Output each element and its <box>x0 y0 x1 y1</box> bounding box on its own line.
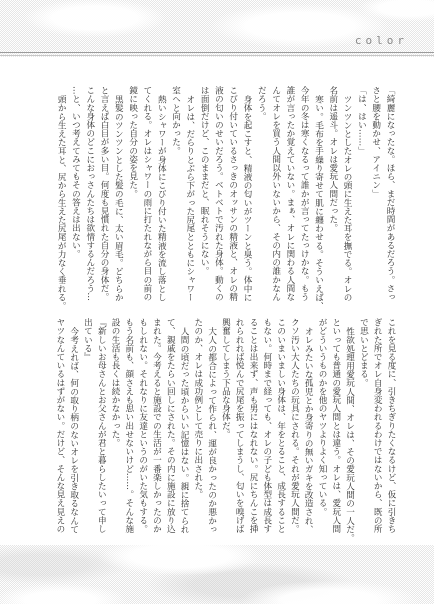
text-line: 大人の都合によって作られ、運が良かったのか悪かっ <box>204 318 218 538</box>
text-line: オレみたいな孤児とか身寄りの無いガキを改造され、 <box>300 318 314 538</box>
text-line: 設の生活も長くは続かなかった。 <box>107 318 121 538</box>
text-line: ヤツなんているはずがない。だけど、そんな見え見えの <box>52 318 66 538</box>
text-line: がどういうものかを他のヤツよりよく知っている。 <box>314 318 328 538</box>
text-block-bottom: これを見る度に、引きちぎりたくなるけど、仮に引きちぎれた所でオレ自身変われるわけ… <box>52 318 397 538</box>
text-line: 人間の頃だった頃からいい記憶はない。親に捨てられ <box>176 318 190 538</box>
text-line: 「は、はい……」 <box>354 86 368 302</box>
text-line: まれた。今考えると施設での生活が一番楽しかったのか <box>149 318 163 538</box>
text-line: で思いとどまる。 <box>356 318 370 538</box>
text-line: 液の匂いのせいだろう。ベトベトで汚れた身体。動くの <box>211 86 225 302</box>
text-line: 頭から生えた耳と、尻から生えた尻尾が力なく垂れる。 <box>54 86 68 302</box>
text-line: オレは、だらりとぶら下がった尻尾とともにシャワー <box>183 86 197 302</box>
text-line: てくれる。オレはシャワーの雨に打たれながら目の前の <box>140 86 154 302</box>
text-line: こびり付いているさっきのオッサンの精液と、オレの精 <box>225 86 239 302</box>
text-line: 名前は遥斗。オレは愛玩人間だった。 <box>326 86 340 302</box>
text-line: 室へと向かった。 <box>168 86 182 302</box>
text-line: もしれない。それなりに友達というのがいた気もする。 <box>135 318 149 538</box>
text-line: ることは出来ず、声も男にはなれない。尻にちんこを挿 <box>245 318 259 538</box>
text-line: 性欲処理用愛玩人間、オレは、その愛玩人間の一人だ。 <box>342 318 356 538</box>
text-line: 寒い。毛布を手繰り寄せて肌に纏わせる。そういえば、 <box>311 86 325 302</box>
text-line: 誰が言ったか覚えていない。まぁ、オレに関わる人間な <box>283 86 297 302</box>
text-line: だろう。 <box>254 86 268 302</box>
text-line: こんな身体のどこにおっさんたちは欲情するんだろう… <box>82 86 96 302</box>
text-line: ぎれた所でオレ自身変われるわけではないから、既の所 <box>369 318 383 538</box>
text-line: 『新しいお母さんとお父さんが君と暮らしたいって申し <box>93 318 107 538</box>
text-line: もない。何時まで経っても、オレの子ども体型は成長す <box>259 318 273 538</box>
text-line: 身体を起こすと、精液の匂いがツーンと臭う。体中に <box>240 86 254 302</box>
text-line: て、親戚をたらい回しにされた。その内に施設に放り込 <box>162 318 176 538</box>
text-line: は面倒だけど、このままだと、眠れそうにない。 <box>197 86 211 302</box>
text-line: 出ている』 <box>80 318 94 538</box>
page-background: { "header": { "title": "color" }, "color… <box>0 0 434 604</box>
text-line: これを見る度に、引きちぎりたくなるけど、仮に引きち <box>383 318 397 538</box>
text-line: 今考えれば、何の取り柄のないオレを引き取るなんて <box>66 318 80 538</box>
text-line: 今年の冬は寒くなるって誰かが言ってたっけかな。もう <box>297 86 311 302</box>
text-block-top: 「綺麗になったな。ほら、まだ時間があるだろう。さっさと腰を動かせ、アイニン」「は… <box>54 86 397 302</box>
text-line: クソ汚い大人たちの玩具にされる。それが愛玩人間だ。 <box>287 318 301 538</box>
text-line: んてオレを買う人間以外いないから、その内の誰かなん <box>268 86 282 302</box>
text-line: 興奮してしまう下品な身体だ。 <box>218 318 232 538</box>
text-line: 鏡に映った自分の姿を見た。 <box>125 86 139 302</box>
text-line: もう名前も、顔さえも思い出せないけど……。そんな施 <box>121 318 135 538</box>
text-line: といっても普通の愛玩人間とは違う。オレは、愛玩人間 <box>328 318 342 538</box>
text-line: 黒髪のツンツンとした髪の毛に、太い眉毛。どちらか <box>111 86 125 302</box>
text-line: れられれば悦んで尻尾を振ってしまうし、匂いを嗅げば <box>231 318 245 538</box>
header-divider <box>0 52 434 56</box>
text-line: 「綺麗になったな。ほら、まだ時間があるだろう。さっ <box>383 86 397 302</box>
text-line: さと腰を動かせ、アイニン」 <box>368 86 382 302</box>
text-line: …と、いつ考えてみてもその答えは出ない。 <box>68 86 82 302</box>
text-line: 熱いシャワーが身体にこびり付いた精液を流し落とし <box>154 86 168 302</box>
text-line: と言えば白目が多い目。何度も見慣れた自分の身体だ。 <box>97 86 111 302</box>
page-header-title: color <box>355 34 408 47</box>
text-line: ツンツンとしたオレの頭に生えた耳を撫でる。オレの <box>340 86 354 302</box>
text-line: たのか、オレは成功例として売りに出された。 <box>190 318 204 538</box>
text-line: このいまいましい身体は、年をとること、成長すること <box>273 318 287 538</box>
